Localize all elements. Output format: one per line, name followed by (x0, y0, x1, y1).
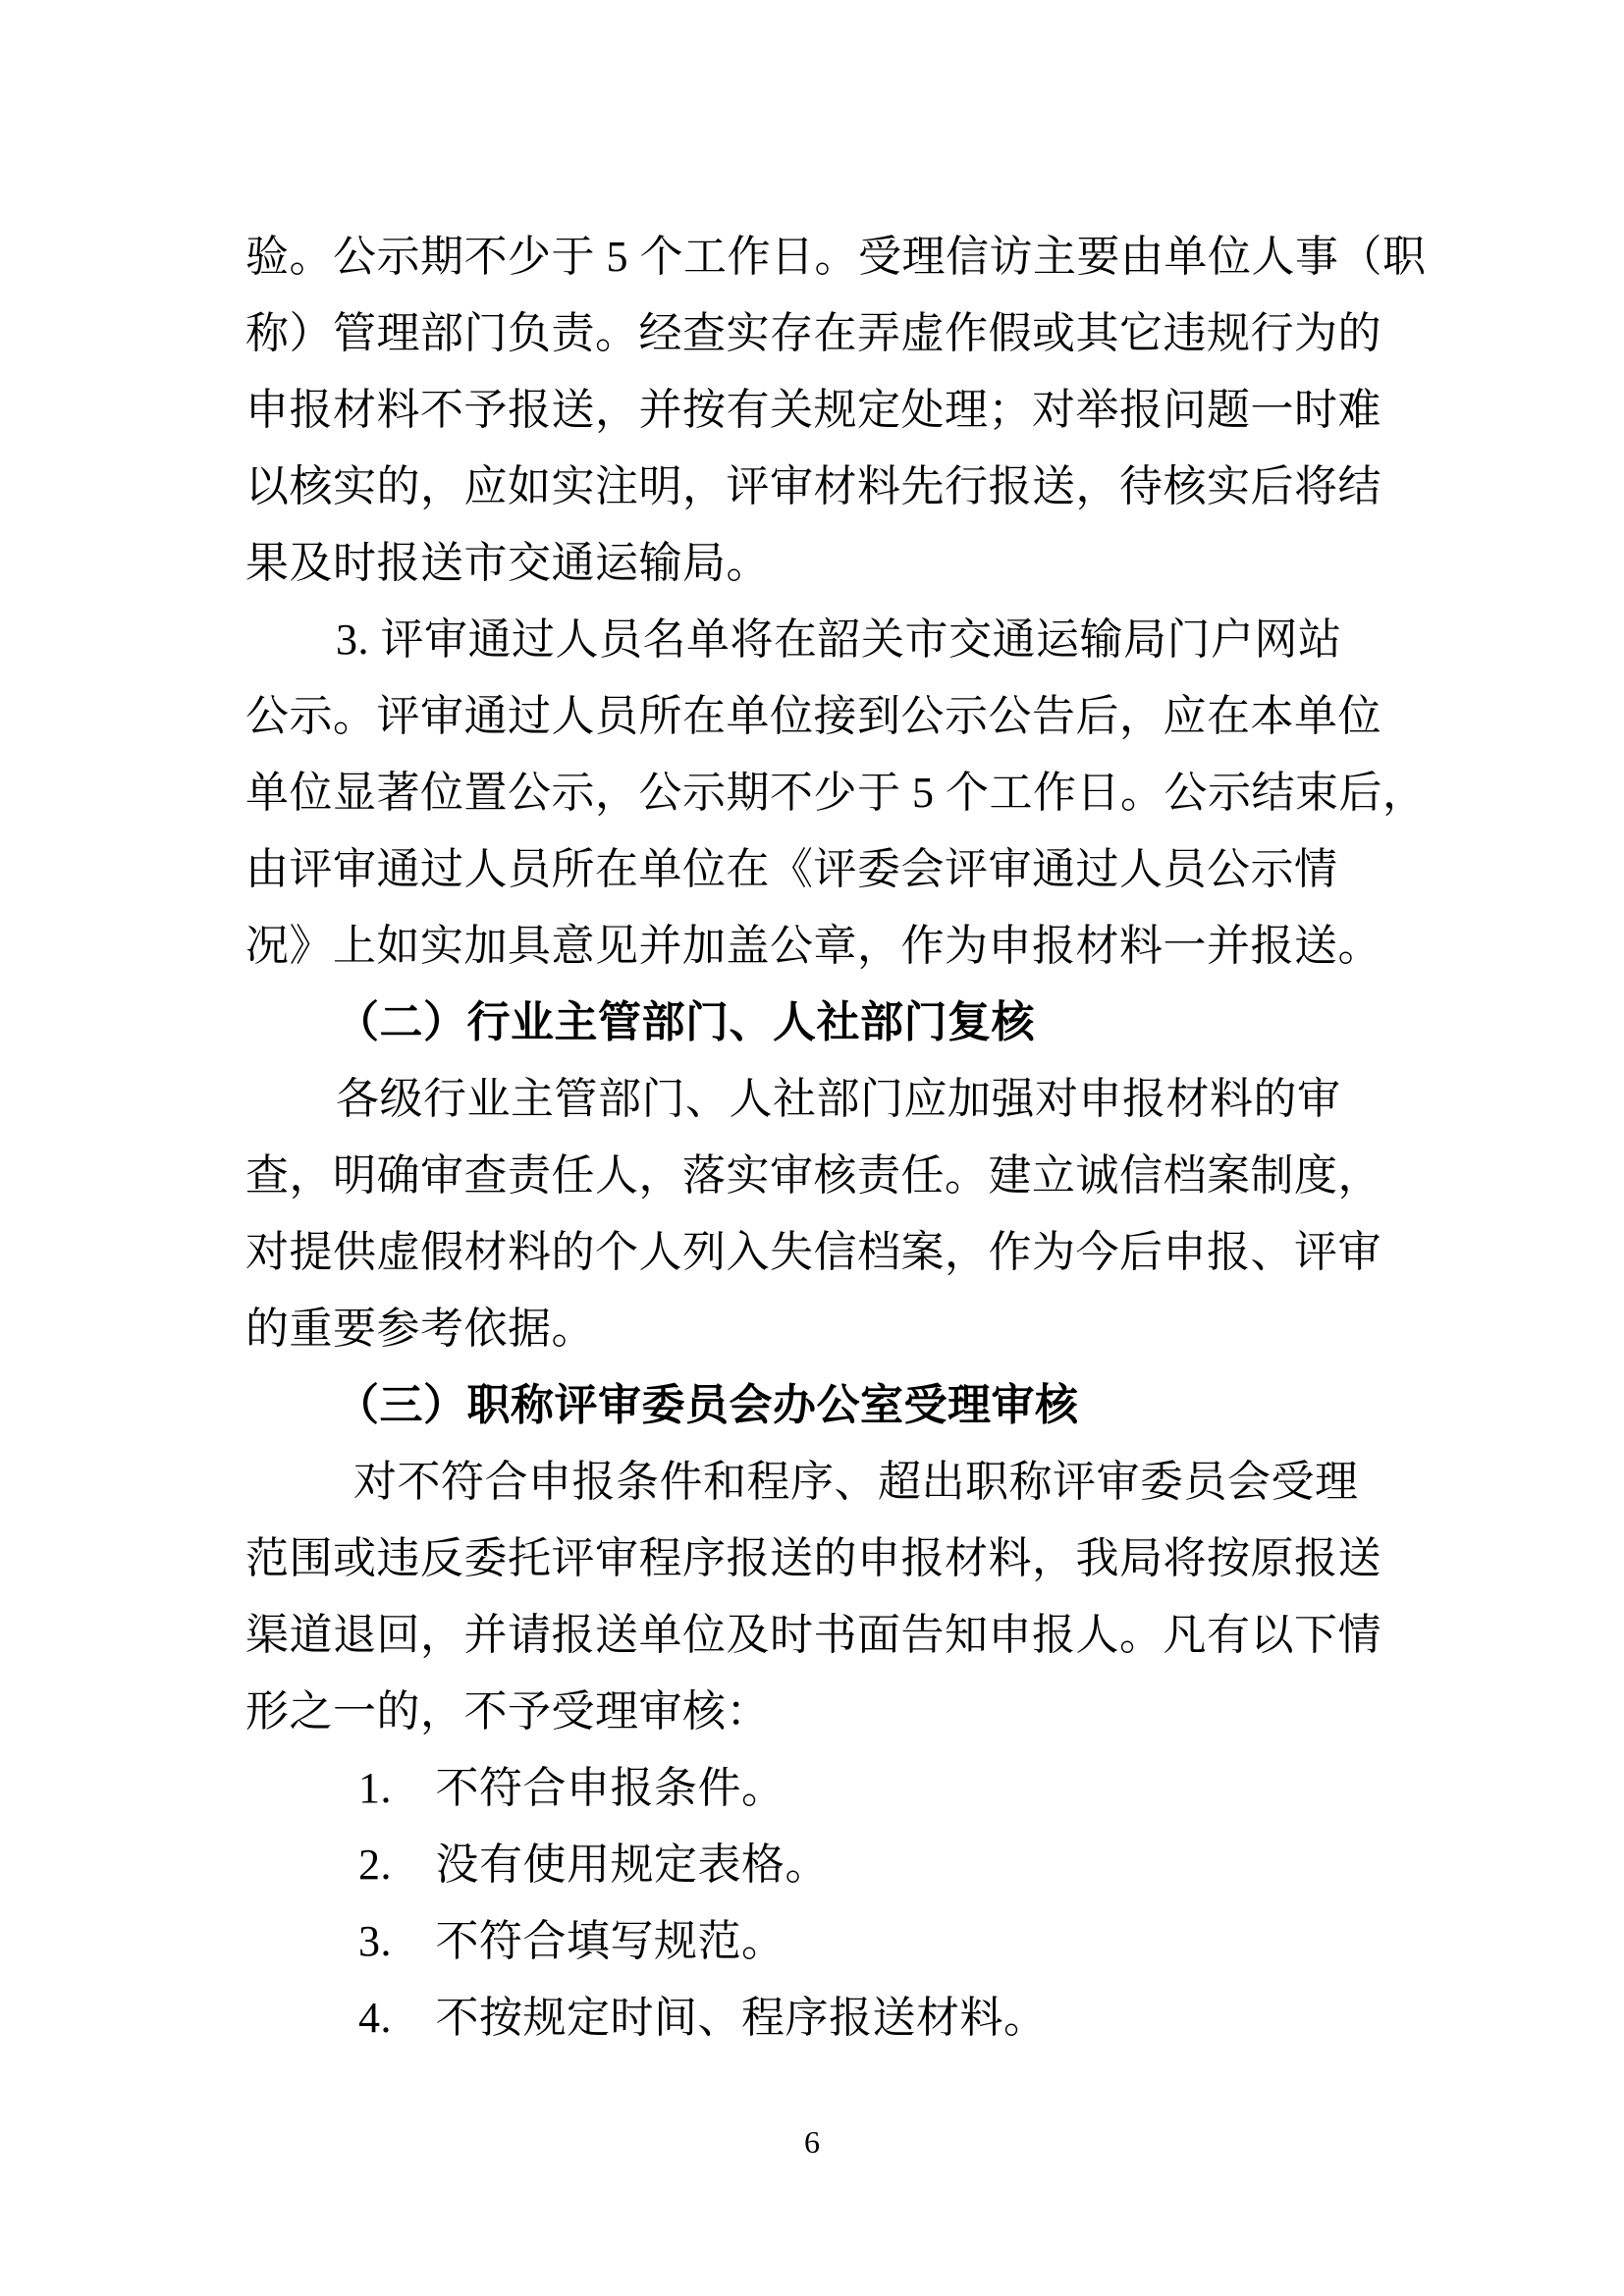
document-line: 范围或违反委托评审程序报送的申报材料，我局将按原报送 (245, 1521, 1389, 1597)
document-line: 单位显著位置公示，公示期不少于 5 个工作日。公示结束后， (245, 755, 1389, 831)
document-line: 3. 不符合填写规范。 (245, 1903, 1389, 1980)
document-line: 对不符合申报条件和程序、超出职称评审委员会受理 (245, 1444, 1389, 1521)
document-line: 公示。评审通过人员所在单位接到公示公告后，应在本单位 (245, 678, 1389, 755)
document-line: （二）行业主管部门、人社部门复核 (245, 985, 1389, 1061)
document-line: 各级行业主管部门、人社部门应加强对申报材料的审 (245, 1061, 1389, 1138)
document-line: 由评审通过人员所在单位在《评委会评审通过人员公示情 (245, 831, 1389, 908)
document-page: 验。公示期不少于 5 个工作日。受理信访主要由单位人事（职称）管理部门负责。经查… (0, 0, 1624, 2296)
document-line: 对提供虚假材料的个人列入失信档案，作为今后申报、评审 (245, 1214, 1389, 1291)
document-line: 申报材料不予报送，并按有关规定处理；对举报问题一时难 (245, 372, 1389, 449)
document-line: 以核实的，应如实注明，评审材料先行报送，待核实后将结 (245, 449, 1389, 525)
document-line: 2. 没有使用规定表格。 (245, 1827, 1389, 1903)
document-line: 渠道退回，并请报送单位及时书面告知申报人。凡有以下情 (245, 1597, 1389, 1674)
document-line: 验。公示期不少于 5 个工作日。受理信访主要由单位人事（职 (245, 219, 1389, 295)
document-line: 果及时报送市交通运输局。 (245, 525, 1389, 602)
document-line: 况》上如实加具意见并加盖公章，作为申报材料一并报送。 (245, 908, 1389, 985)
document-line: 3. 评审通过人员名单将在韶关市交通运输局门户网站 (245, 602, 1389, 678)
document-line: （三）职称评审委员会办公室受理审核 (245, 1367, 1389, 1444)
document-line: 1. 不符合申报条件。 (245, 1750, 1389, 1827)
document-line: 称）管理部门负责。经查实存在弄虚作假或其它违规行为的 (245, 295, 1389, 372)
document-line: 4. 不按规定时间、程序报送材料。 (245, 1980, 1389, 2056)
document-body: 验。公示期不少于 5 个工作日。受理信访主要由单位人事（职称）管理部门负责。经查… (245, 219, 1389, 2056)
document-line: 查，明确审查责任人，落实审核责任。建立诚信档案制度， (245, 1138, 1389, 1214)
document-line: 形之一的，不予受理审核： (245, 1674, 1389, 1750)
document-line: 的重要参考依据。 (245, 1291, 1389, 1367)
page-number: 6 (0, 2122, 1624, 2162)
